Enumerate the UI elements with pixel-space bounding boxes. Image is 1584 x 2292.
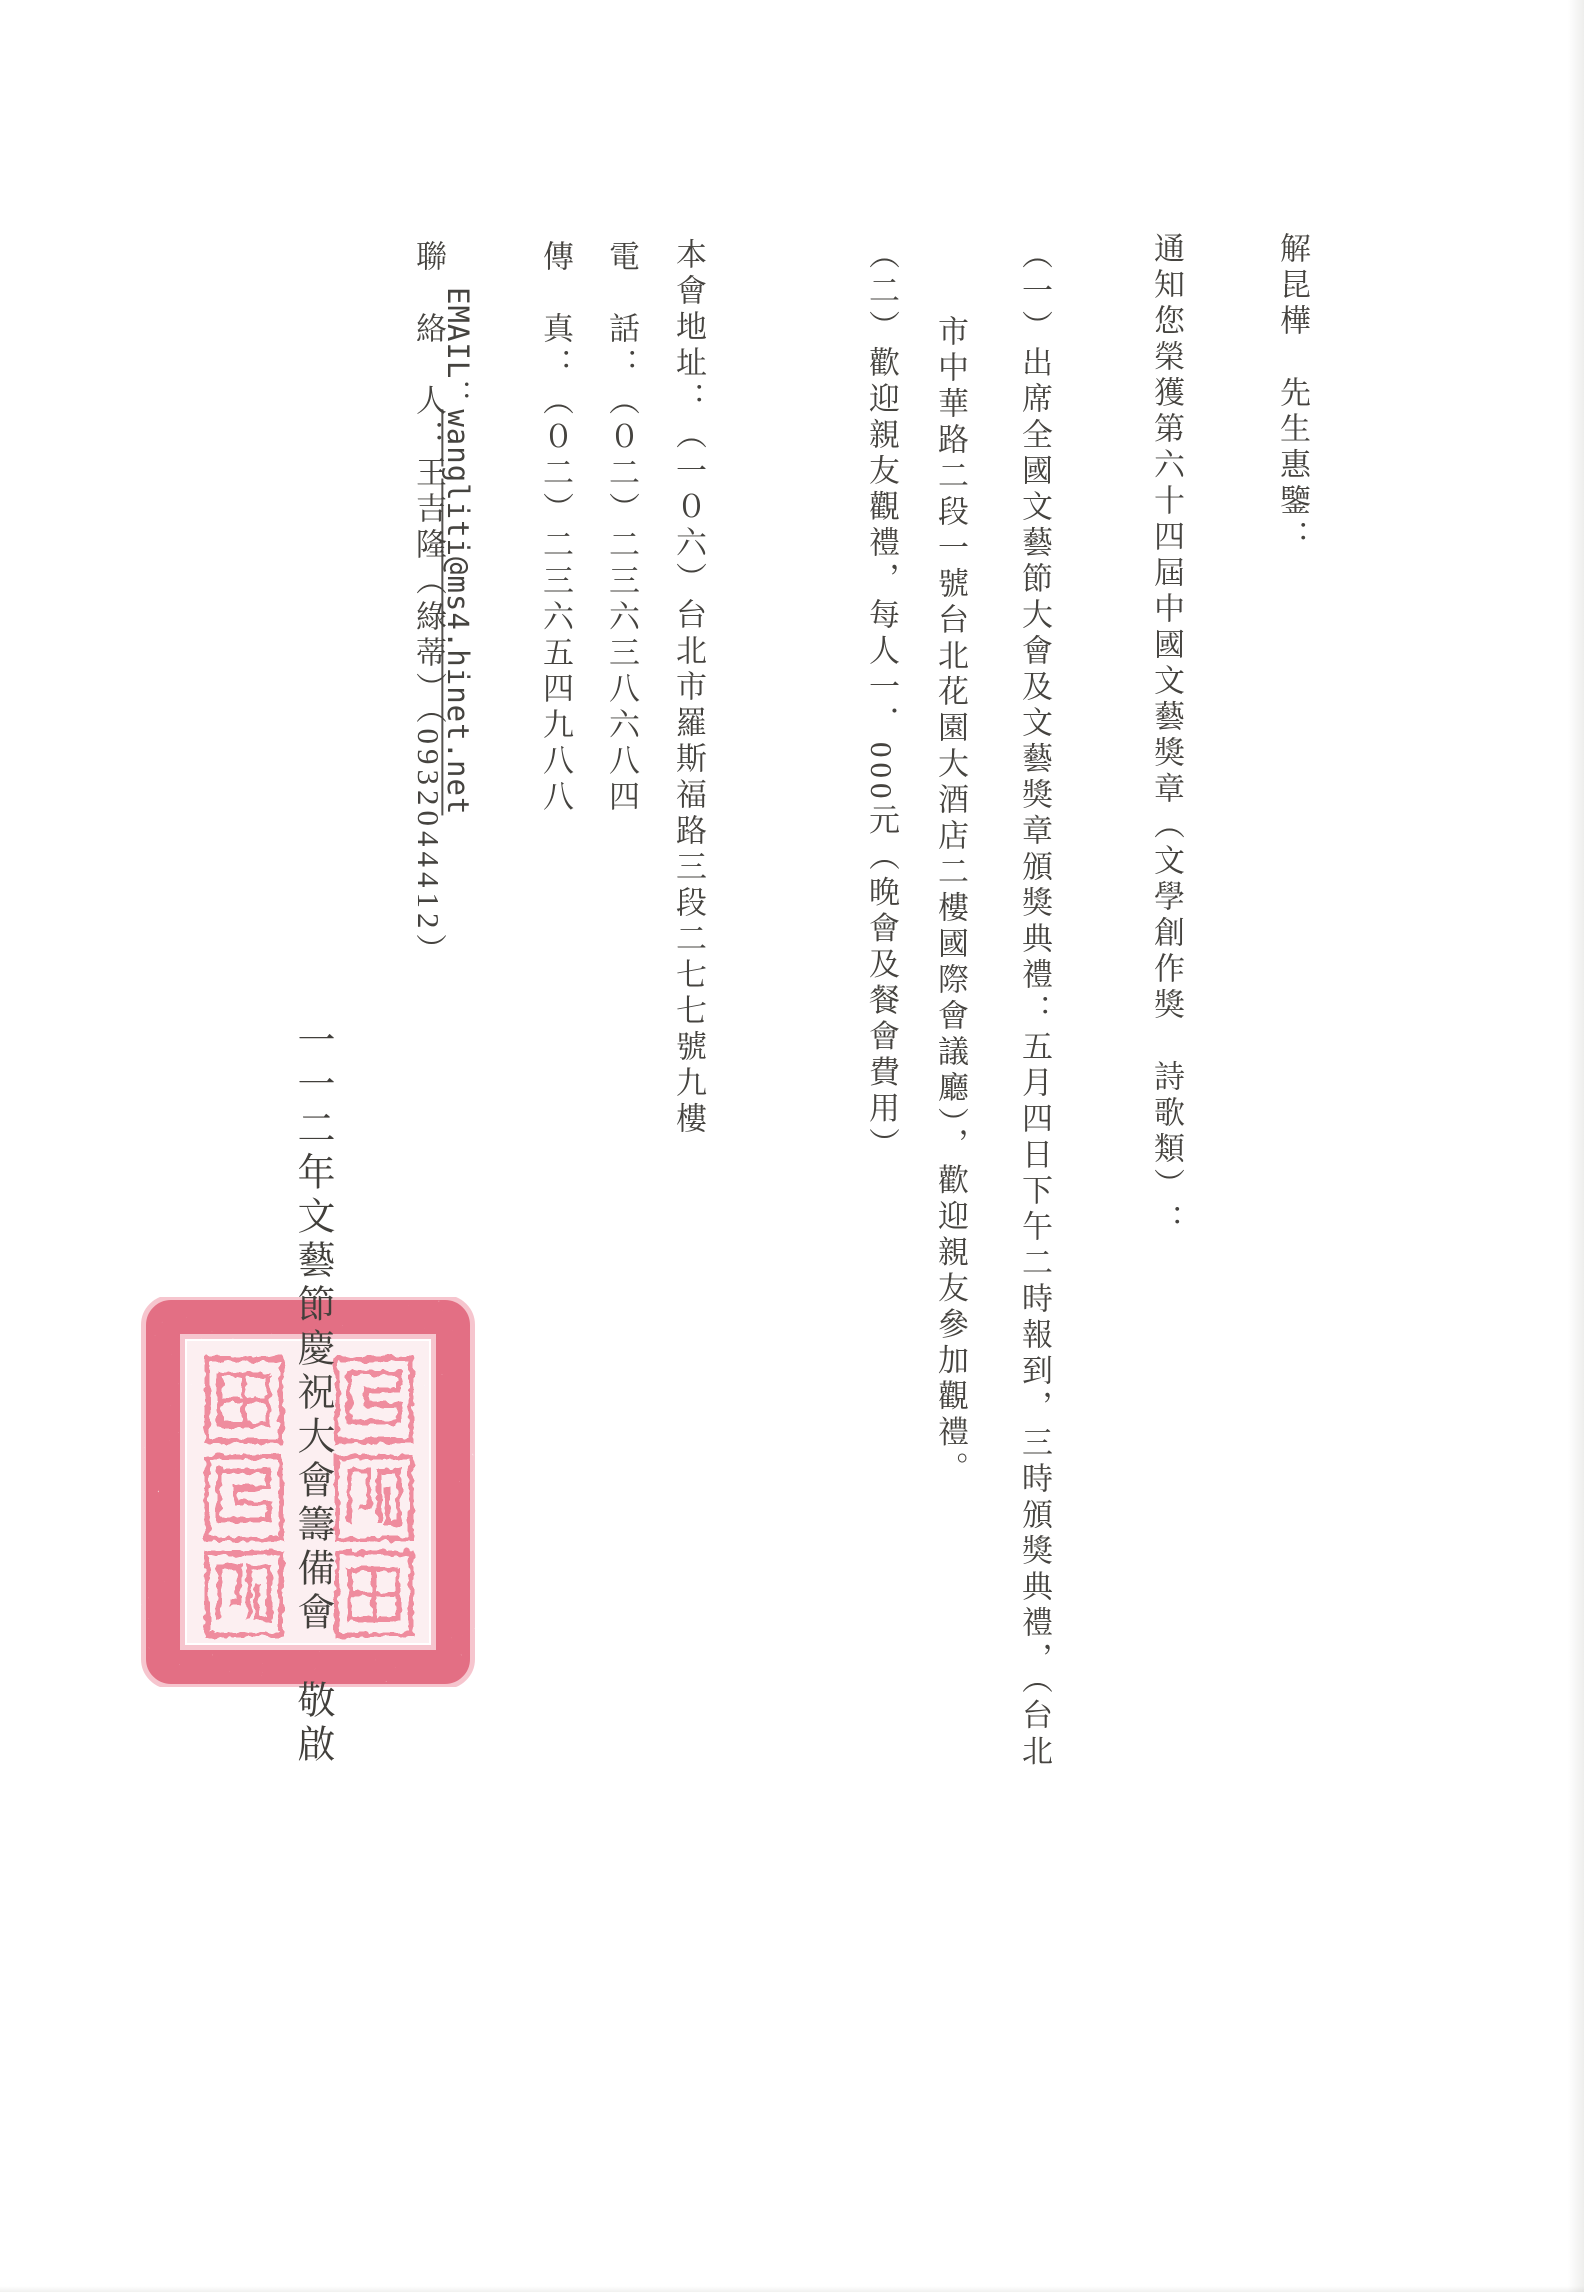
item-1-line-2: 市中華路二段一號台北花園大酒店二樓國際會議廳），歡迎親友參加觀禮。 xyxy=(932,315,968,1488)
contact-line: 聯 絡 人：王吉隆（綠蒂）（0932044412） xyxy=(410,240,446,970)
intro-line: 通知您榮獲第六十四屆中國文藝獎章（文學創作獎 詩歌類）： xyxy=(1148,232,1184,1240)
item-2-line: （二）歡迎親友觀禮，每人一．000元（晚會及餐會費用） xyxy=(863,238,899,1164)
email-label: EMAIL： xyxy=(441,287,475,409)
item-1-line-1: （一）出席全國文藝節大會及文藝獎章頒獎典禮：五月四日下午二時報到，三時頒獎典禮，… xyxy=(1016,238,1052,1771)
email-address: wangliti@ms4.hinet.net xyxy=(441,409,475,815)
fax-line: 傳 真：（０二）二三六五四九八八 xyxy=(537,240,573,816)
address-line: 本會地址：（一０六）台北市羅斯福路三段二七七號九樓 xyxy=(670,238,706,1138)
scan-edge-bottom xyxy=(0,2286,1584,2292)
scanned-letter-page: 解昆樺 先生惠鑒： 通知您榮獲第六十四屆中國文藝獎章（文學創作獎 詩歌類）： （… xyxy=(0,0,1584,2292)
recipient-line: 解昆樺 先生惠鑒： xyxy=(1274,232,1310,556)
closing-line: 一一二年文藝節慶祝大會籌備會 敬啟 xyxy=(290,1020,334,1768)
scan-edge-right xyxy=(1568,0,1584,2292)
tel-line: 電 話：（０二）二三六三八六八四 xyxy=(603,240,639,816)
